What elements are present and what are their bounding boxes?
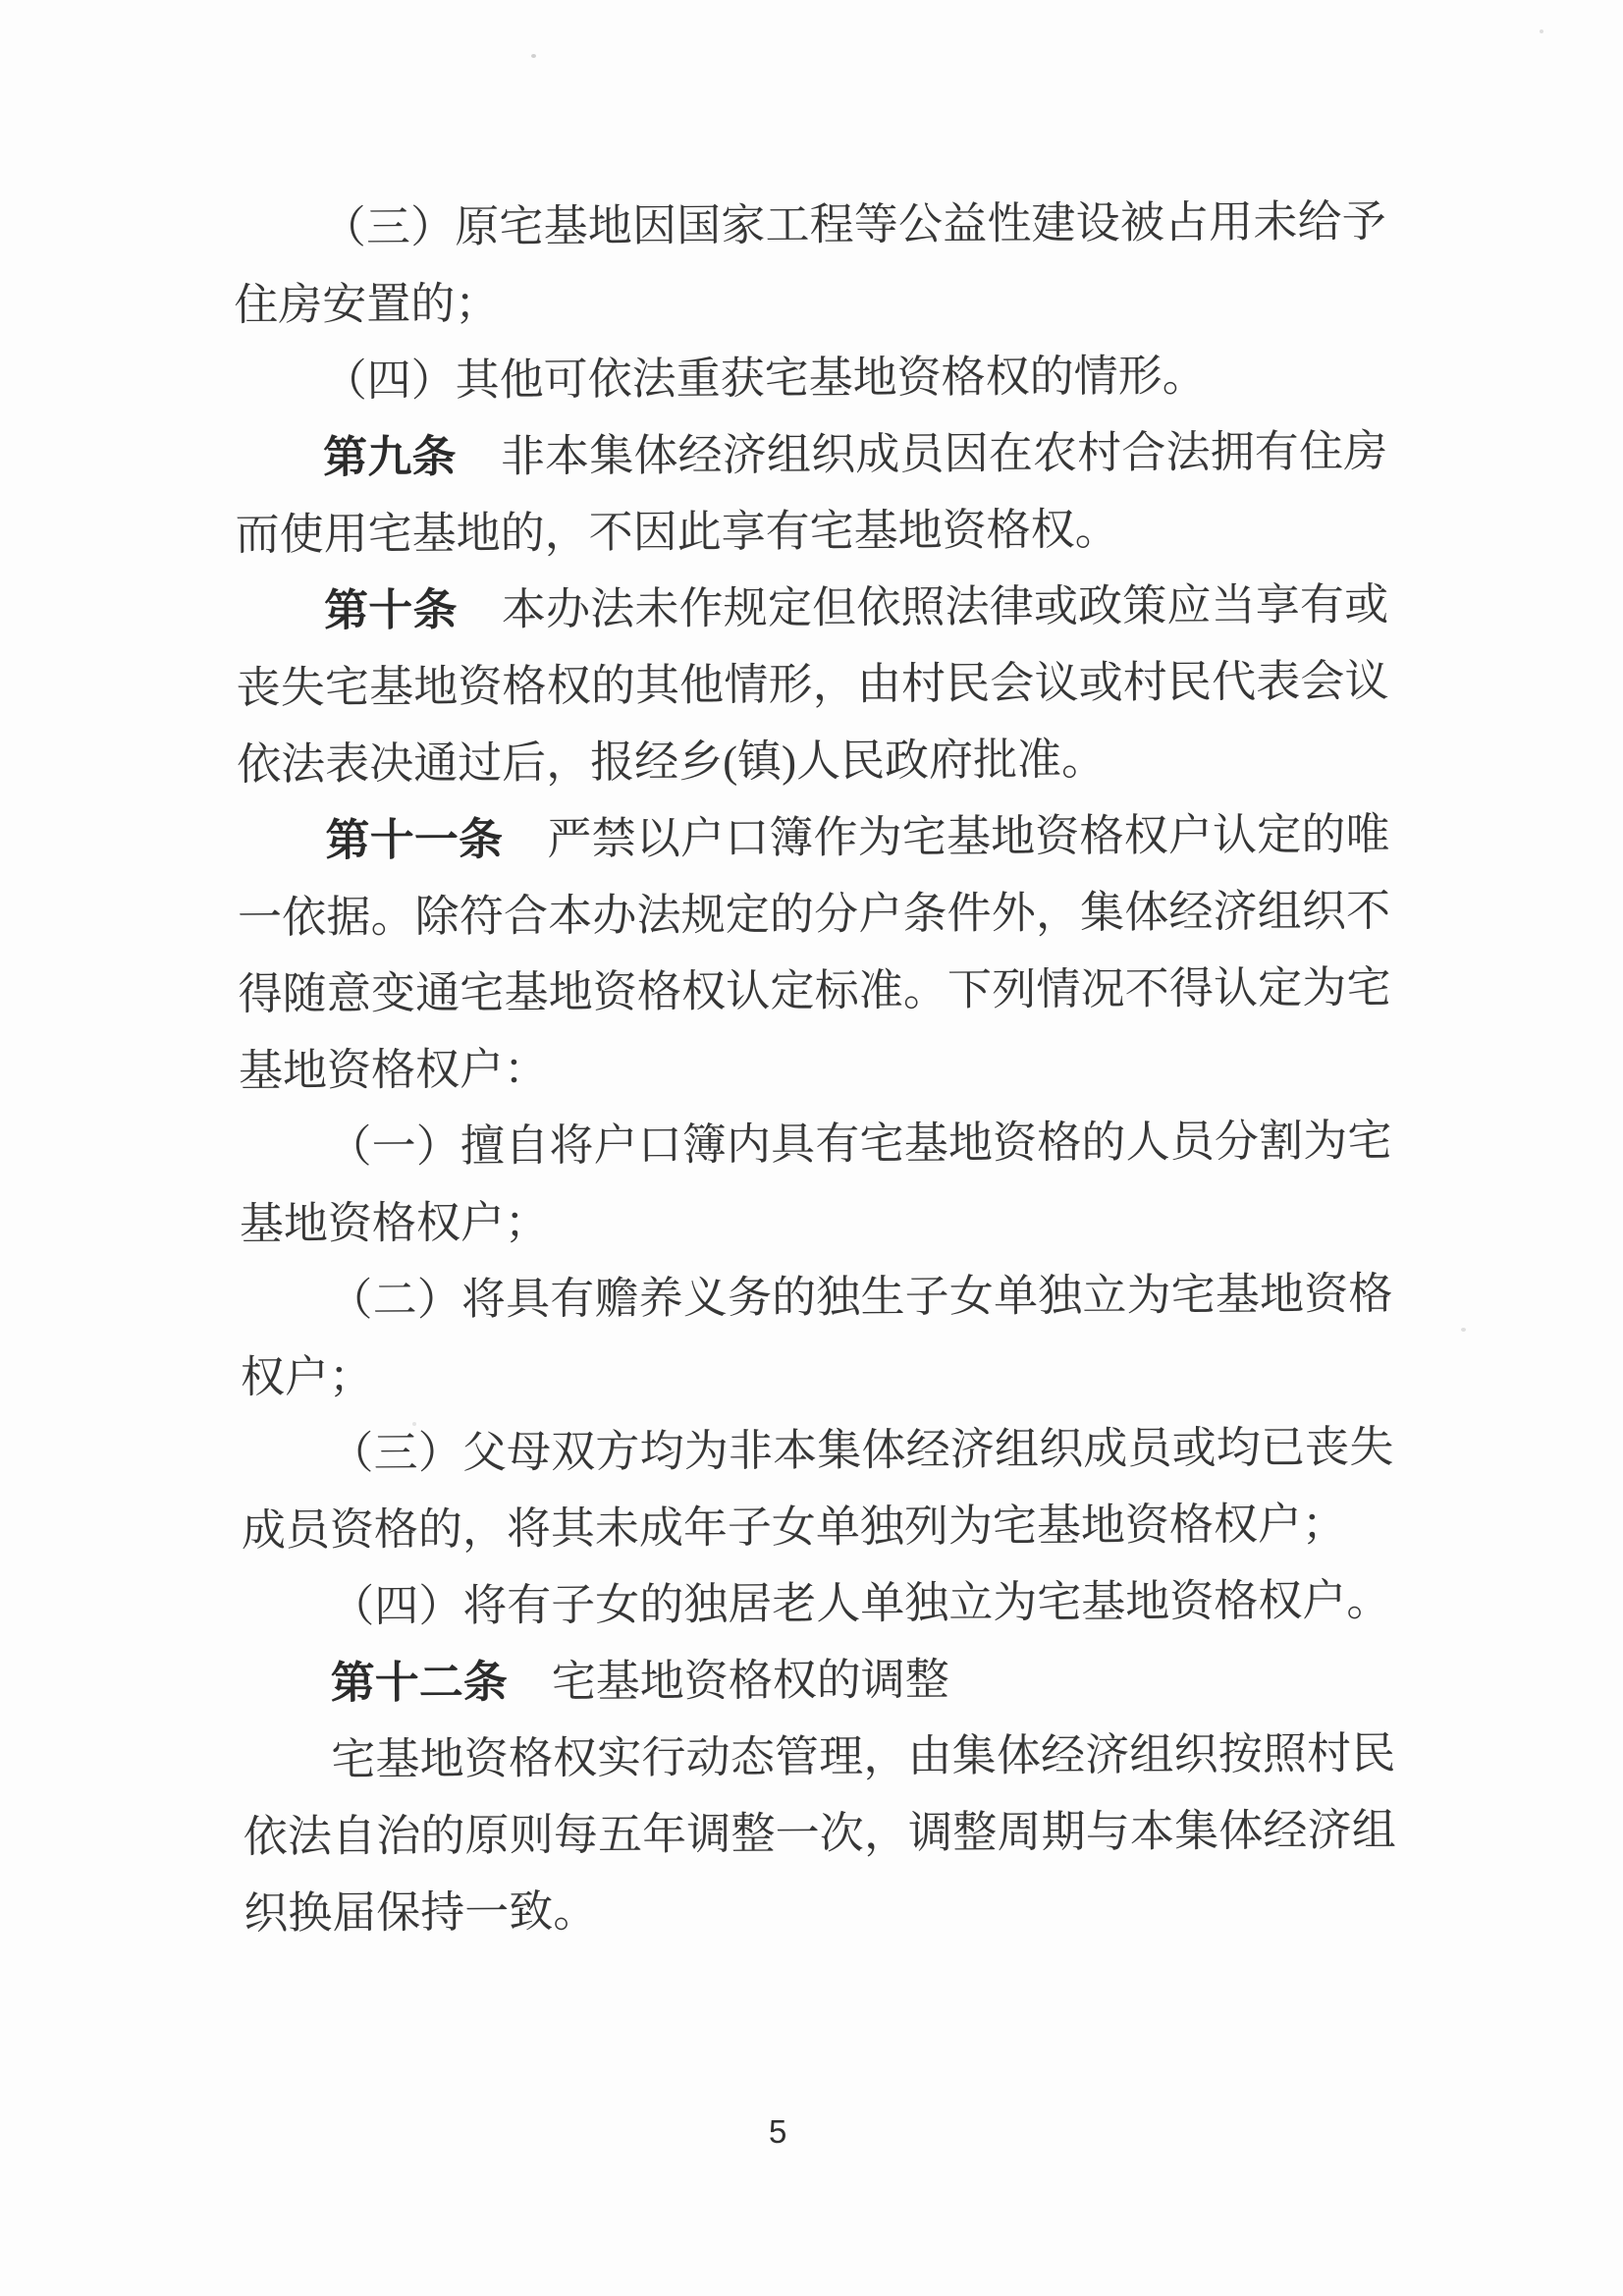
- paragraph: （三）父母双方均为非本集体经济组织成员或均已丧失成员资格的，将其未成年子女单独列…: [241, 1408, 1394, 1568]
- paragraph-text: （四）将有子女的独居老人单独立为宅基地资格权户。: [330, 1575, 1390, 1631]
- paragraph: （四）其他可依法重获宅基地资格权的情形。: [234, 336, 1386, 419]
- article-number: 第九条: [323, 431, 501, 482]
- paragraph-text: （二）将具有赡养义务的独生子女单独立为宅基地资格权户；: [241, 1269, 1393, 1401]
- scan-speck: [531, 54, 536, 58]
- paragraph: 第十一条 严禁以户口簿作为宅基地资格权户认定的唯一依据。除符合本办法规定的分户条…: [237, 795, 1391, 1109]
- scan-speck: [1461, 1328, 1466, 1332]
- paragraph: 第十二条 宅基地资格权的调整: [243, 1638, 1395, 1722]
- paragraph: （二）将具有赡养义务的独生子女单独立为宅基地资格权户；: [240, 1255, 1393, 1415]
- paragraph-text: （三）原宅基地因国家工程等公益性建设被占用未给予住房安置的；: [234, 196, 1386, 329]
- paragraph: （一）擅自将户口簿内具有宅基地资格的人员分割为宅基地资格权户；: [239, 1102, 1392, 1262]
- paragraph: 第九条 非本集体经济组织成员因在农村合法拥有住房而使用宅基地的，不因此享有宅基地…: [235, 412, 1388, 573]
- paragraph: （三）原宅基地因国家工程等公益性建设被占用未给予住房安置的；: [234, 183, 1387, 343]
- paragraph-text: 宅基地资格权实行动态管理，由集体经济组织按照村民依法自治的原则每五年调整一次，调…: [243, 1728, 1396, 1938]
- article-number: 第十条: [324, 584, 502, 635]
- scan-speck: [412, 1422, 416, 1426]
- paragraph-text: 宅基地资格权的调整: [552, 1655, 949, 1706]
- document-body: （三）原宅基地因国家工程等公益性建设被占用未给予住房安置的； （四）其他可依法重…: [234, 183, 1397, 1951]
- scan-speck: [1540, 29, 1543, 33]
- page-number: 5: [769, 2113, 786, 2151]
- paragraph: 第十条 本办法未作规定但依照法律或政策应当享有或丧失宅基地资格权的其他情形，由村…: [236, 566, 1389, 802]
- paragraph: 宅基地资格权实行动态管理，由集体经济组织按照村民依法自治的原则每五年调整一次，调…: [243, 1715, 1396, 1951]
- document-page: （三）原宅基地因国家工程等公益性建设被占用未给予住房安置的； （四）其他可依法重…: [0, 0, 1623, 2296]
- paragraph-text: （三）父母双方均为非本集体经济组织成员或均已丧失成员资格的，将其未成年子女单独列…: [242, 1422, 1394, 1555]
- article-number: 第十二条: [331, 1657, 552, 1708]
- paragraph-text: （一）擅自将户口簿内具有宅基地资格的人员分割为宅基地资格权户；: [240, 1116, 1392, 1248]
- paragraph-text: （四）其他可依法重获宅基地资格权的情形。: [323, 352, 1207, 406]
- article-number: 第十一条: [325, 814, 547, 865]
- paragraph: （四）将有子女的独居老人单独立为宅基地资格权户。: [242, 1561, 1394, 1645]
